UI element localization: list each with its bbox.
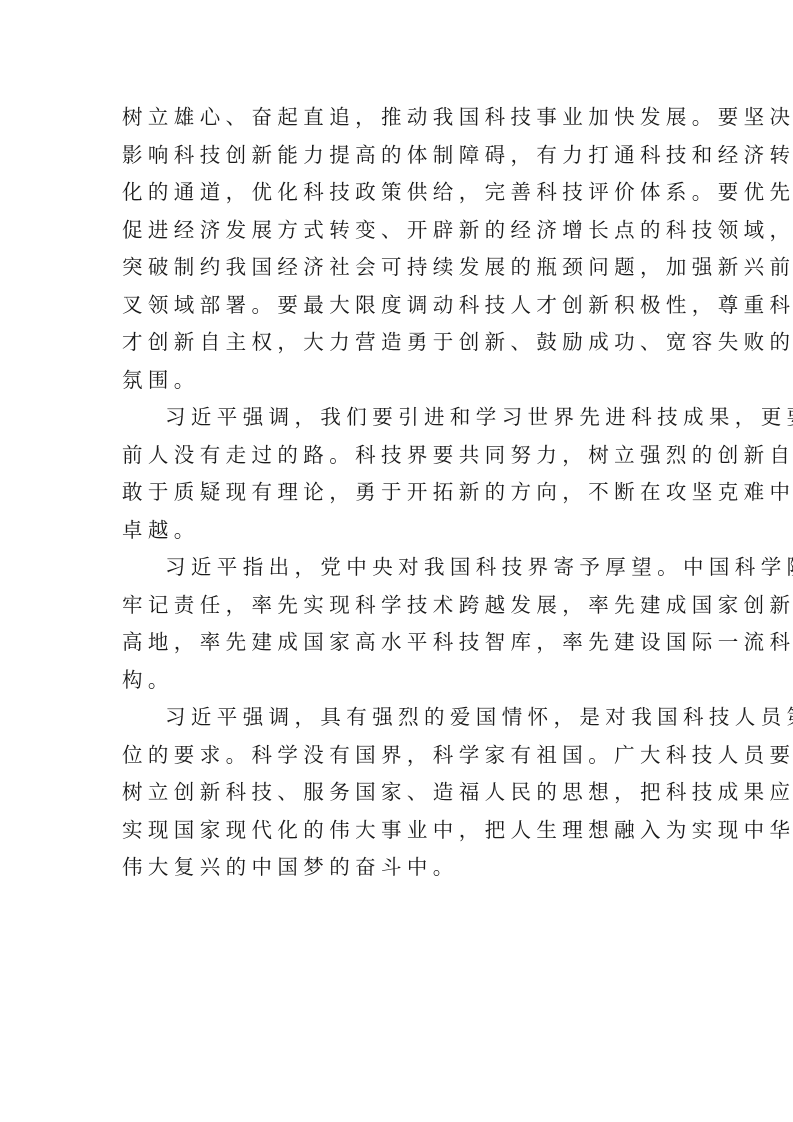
- paragraph-2: 习近平强调，我们要引进和学习世界先进科技成果，更要走 前人没有走过的路。科技界要…: [122, 399, 682, 549]
- text-line: 习近平强调，我们要引进和学习世界先进科技成果，更要走: [122, 399, 682, 437]
- document-page: 树立雄心、奋起直追，推动我国科技事业加快发展。要坚决扫除 影响科技创新能力提高的…: [122, 99, 682, 887]
- text-line: 伟大复兴的中国梦的奋斗中。: [122, 849, 682, 887]
- text-line: 牢记责任，率先实现科学技术跨越发展，率先建成国家创新人才: [122, 587, 682, 625]
- text-line: 习近平强调，具有强烈的爱国情怀，是对我国科技人员第一: [122, 699, 682, 737]
- text-line: 敢于质疑现有理论，勇于开拓新的方向，不断在攻坚克难中追求: [122, 474, 682, 512]
- text-line: 影响科技创新能力提高的体制障碍，有力打通科技和经济转移转: [122, 137, 682, 175]
- text-line: 实现国家现代化的伟大事业中，把人生理想融入为实现中华民族: [122, 812, 682, 850]
- text-line: 高地，率先建成国家高水平科技智库，率先建设国际一流科研机: [122, 624, 682, 662]
- text-line: 卓越。: [122, 512, 682, 550]
- paragraph-1: 树立雄心、奋起直追，推动我国科技事业加快发展。要坚决扫除 影响科技创新能力提高的…: [122, 99, 682, 399]
- text-line: 树立雄心、奋起直追，推动我国科技事业加快发展。要坚决扫除: [122, 99, 682, 137]
- text-line: 氛围。: [122, 362, 682, 400]
- text-line: 习近平指出，党中央对我国科技界寄予厚望。中国科学院要: [122, 549, 682, 587]
- text-line: 位的要求。科学没有国界，科学家有祖国。广大科技人员要牢固: [122, 737, 682, 775]
- text-line: 突破制约我国经济社会可持续发展的瓶颈问题，加强新兴前沿交: [122, 249, 682, 287]
- text-line: 促进经济发展方式转变、开辟新的经济增长点的科技领域，重点: [122, 212, 682, 250]
- text-line: 前人没有走过的路。科技界要共同努力，树立强烈的创新自信，: [122, 437, 682, 475]
- text-line: 才创新自主权，大力营造勇于创新、鼓励成功、宽容失败的社会: [122, 324, 682, 362]
- paragraph-4: 习近平强调，具有强烈的爱国情怀，是对我国科技人员第一 位的要求。科学没有国界，科…: [122, 699, 682, 887]
- text-line: 化的通道，优化科技政策供给，完善科技评价体系。要优先支持: [122, 174, 682, 212]
- text-line: 树立创新科技、服务国家、造福人民的思想，把科技成果应用在: [122, 774, 682, 812]
- text-line: 叉领域部署。要最大限度调动科技人才创新积极性，尊重科技人: [122, 287, 682, 325]
- paragraph-3: 习近平指出，党中央对我国科技界寄予厚望。中国科学院要 牢记责任，率先实现科学技术…: [122, 549, 682, 699]
- text-line: 构。: [122, 662, 682, 700]
